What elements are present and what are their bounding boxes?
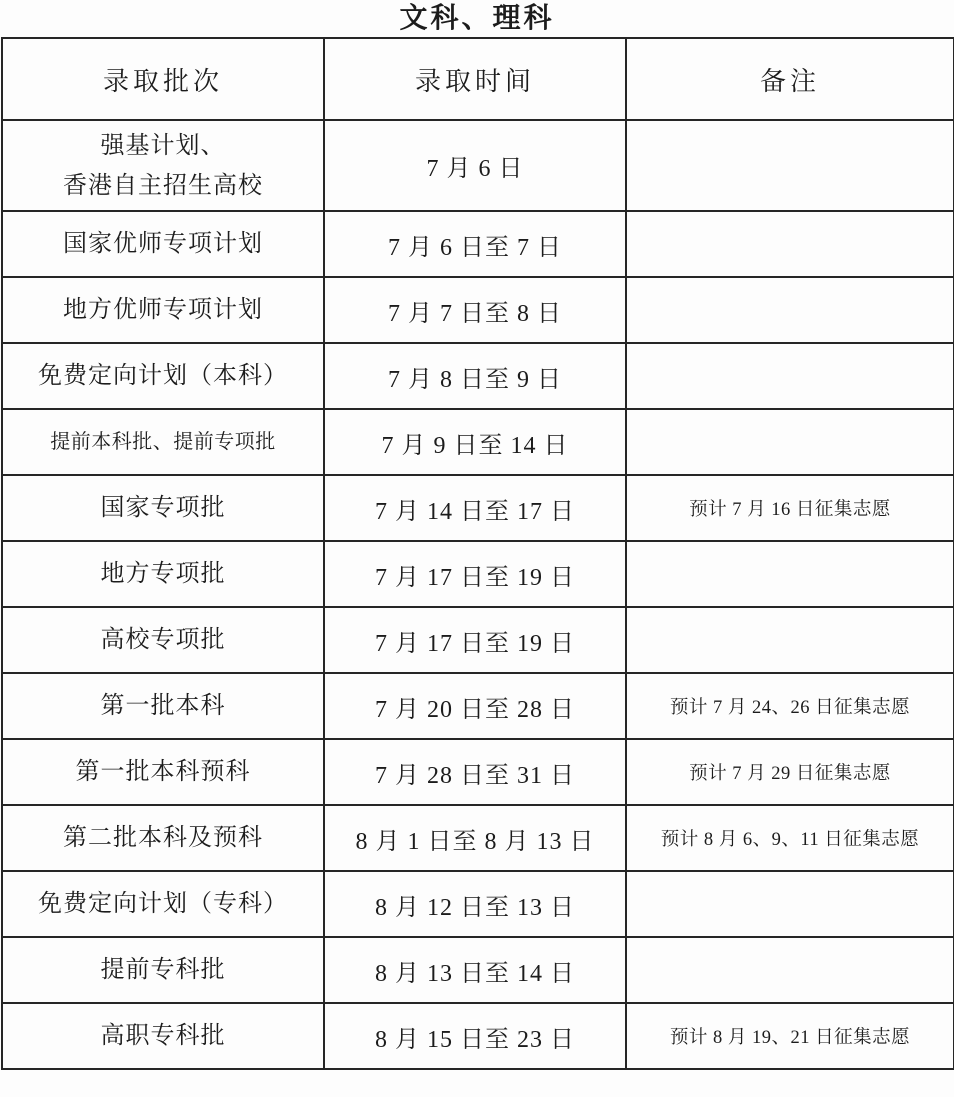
time-cell: 8 月 13 日至 14 日: [324, 937, 626, 1003]
time-cell: 7 月 8 日至 9 日: [324, 343, 626, 409]
note-cell: [626, 937, 954, 1003]
note-cell: [626, 871, 954, 937]
time-cell: 7 月 6 日至 7 日: [324, 211, 626, 277]
time-cell: 7 月 6 日: [324, 120, 626, 211]
batch-cell: 提前专科批: [2, 937, 324, 1003]
batch-cell: 地方专项批: [2, 541, 324, 607]
note-cell: [626, 607, 954, 673]
note-cell: 预计 7 月 29 日征集志愿: [626, 739, 954, 805]
table-row: 提前专科批 8 月 13 日至 14 日: [2, 937, 954, 1003]
time-cell: 7 月 7 日至 8 日: [324, 277, 626, 343]
table-row: 国家优师专项计划 7 月 6 日至 7 日: [2, 211, 954, 277]
batch-cell: 第一批本科预科: [2, 739, 324, 805]
batch-cell: 第二批本科及预科: [2, 805, 324, 871]
note-cell: [626, 211, 954, 277]
table-row: 国家专项批 7 月 14 日至 17 日 预计 7 月 16 日征集志愿: [2, 475, 954, 541]
time-cell: 8 月 15 日至 23 日: [324, 1003, 626, 1069]
time-cell: 7 月 9 日至 14 日: [324, 409, 626, 475]
table-row: 第一批本科预科 7 月 28 日至 31 日 预计 7 月 29 日征集志愿: [2, 739, 954, 805]
page: 文科、理科 录取批次 录取时间 备注 强基计划、 香港自主招生高校 7 月 6 …: [0, 0, 954, 1097]
table-row: 提前本科批、提前专项批 7 月 9 日至 14 日: [2, 409, 954, 475]
table-row: 地方优师专项计划 7 月 7 日至 8 日: [2, 277, 954, 343]
batch-cell: 提前本科批、提前专项批: [2, 409, 324, 475]
time-cell: 8 月 1 日至 8 月 13 日: [324, 805, 626, 871]
page-title: 文科、理科: [0, 0, 954, 37]
note-cell: [626, 120, 954, 211]
note-cell: [626, 277, 954, 343]
table-row: 强基计划、 香港自主招生高校 7 月 6 日: [2, 120, 954, 211]
table-header-row: 录取批次 录取时间 备注: [2, 38, 954, 120]
batch-cell: 国家优师专项计划: [2, 211, 324, 277]
batch-cell: 免费定向计划（专科）: [2, 871, 324, 937]
batch-cell: 免费定向计划（本科）: [2, 343, 324, 409]
table-row: 第一批本科 7 月 20 日至 28 日 预计 7 月 24、26 日征集志愿: [2, 673, 954, 739]
table-row: 免费定向计划（本科） 7 月 8 日至 9 日: [2, 343, 954, 409]
time-cell: 7 月 17 日至 19 日: [324, 607, 626, 673]
header-note: 备注: [626, 38, 954, 120]
batch-cell: 强基计划、 香港自主招生高校: [2, 120, 324, 211]
time-cell: 7 月 14 日至 17 日: [324, 475, 626, 541]
table-row: 第二批本科及预科 8 月 1 日至 8 月 13 日 预计 8 月 6、9、11…: [2, 805, 954, 871]
note-cell: [626, 343, 954, 409]
batch-cell: 地方优师专项计划: [2, 277, 324, 343]
note-cell: 预计 7 月 24、26 日征集志愿: [626, 673, 954, 739]
note-cell: [626, 541, 954, 607]
table-row: 地方专项批 7 月 17 日至 19 日: [2, 541, 954, 607]
batch-cell: 第一批本科: [2, 673, 324, 739]
batch-cell: 国家专项批: [2, 475, 324, 541]
batch-cell: 高职专科批: [2, 1003, 324, 1069]
note-cell: 预计 7 月 16 日征集志愿: [626, 475, 954, 541]
note-cell: 预计 8 月 6、9、11 日征集志愿: [626, 805, 954, 871]
note-cell: 预计 8 月 19、21 日征集志愿: [626, 1003, 954, 1069]
table-row: 高校专项批 7 月 17 日至 19 日: [2, 607, 954, 673]
time-cell: 7 月 17 日至 19 日: [324, 541, 626, 607]
admission-schedule-table: 录取批次 录取时间 备注 强基计划、 香港自主招生高校 7 月 6 日 国家优师…: [1, 37, 954, 1070]
time-cell: 8 月 12 日至 13 日: [324, 871, 626, 937]
time-cell: 7 月 28 日至 31 日: [324, 739, 626, 805]
batch-cell: 高校专项批: [2, 607, 324, 673]
table-row: 免费定向计划（专科） 8 月 12 日至 13 日: [2, 871, 954, 937]
table-row: 高职专科批 8 月 15 日至 23 日 预计 8 月 19、21 日征集志愿: [2, 1003, 954, 1069]
header-time: 录取时间: [324, 38, 626, 120]
note-cell: [626, 409, 954, 475]
time-cell: 7 月 20 日至 28 日: [324, 673, 626, 739]
header-batch: 录取批次: [2, 38, 324, 120]
